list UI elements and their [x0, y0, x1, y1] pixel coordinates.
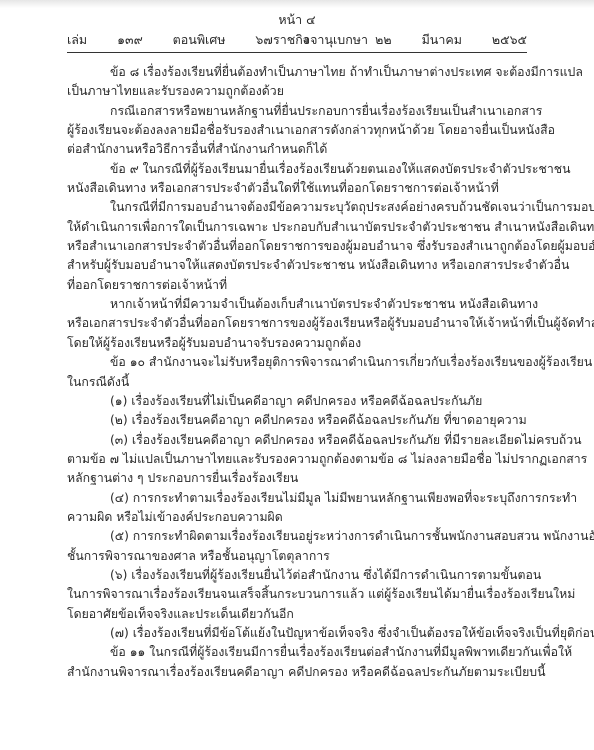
text-line: ตามข้อ ๗ ไม่แปลเป็นภาษาไทยและรับรองความถ… [67, 450, 527, 469]
page-number-label: หน้า ๔ [278, 11, 315, 29]
text-line: หรือเอกสารประจำตัวอื่นที่ออกโดยราชการของ… [67, 314, 527, 333]
text-line: โดยให้ผู้ร้องเรียนหรือผู้รับมอบอำนาจรับร… [67, 334, 527, 353]
text-line: ข้อ ๑๐ สำนักงานจะไม่รับหรือยุติการพิจารณ… [67, 353, 527, 372]
text-line: ในการพิจารณาเรื่องร้องเรียนจนเสร็จสิ้นกร… [67, 585, 527, 604]
text-line: (๑) เรื่องร้องเรียนที่ไม่เป็นคดีอาญา คดี… [67, 392, 527, 411]
text-line: ความผิด หรือไม่เข้าองค์ประกอบความผิด [67, 508, 527, 527]
text-line: (๖) เรื่องร้องเรียนที่ผู้ร้องเรียนยื่นไว… [67, 566, 527, 585]
viewer-top-shadow [0, 0, 594, 8]
gazette-name: ราชกิจจานุเบกษา [273, 31, 368, 49]
text-line: ข้อ ๘ เรื่องร้องเรียนที่ยื่นต้องทำเป็นภา… [67, 63, 527, 82]
text-line: หรือสำเนาเอกสารประจำตัวอื่นที่ออกโดยราชก… [67, 237, 527, 256]
text-line: ข้อ ๙ ในกรณีที่ผู้ร้องเรียนมายื่นเรื่องร… [67, 160, 527, 179]
text-line: ที่ออกโดยราชการต่อเจ้าหน้าที่ [67, 276, 527, 295]
text-line: หากเจ้าหน้าที่มีความจำเป็นต้องเก็บสำเนาบ… [67, 295, 527, 314]
publication-date: ๒๒ มีนาคม ๒๕๖๕ [375, 31, 527, 49]
text-line: สำนักงานพิจารณาเรื่องร้องเรียนคดีอาญา คด… [67, 663, 527, 682]
text-line: (๗) เรื่องร้องเรียนที่มีข้อโต้แย้งในปัญห… [67, 624, 527, 643]
text-line: ข้อ ๑๑ ในกรณีที่ผู้ร้องเรียนมีการยื่นเรื… [67, 643, 527, 662]
text-line: สำหรับผู้รับมอบอำนาจให้แสดงบัตรประจำตัวป… [67, 256, 527, 275]
text-line: ชั้นการพิจารณาของศาล หรือชั้นอนุญาโตตุลา… [67, 547, 527, 566]
text-line: ต่อสำนักงานหรือวิธีการอื่นที่สำนักงานกำห… [67, 140, 527, 159]
page-number: หน้า ๔ [0, 11, 594, 29]
document-body: ข้อ ๘ เรื่องร้องเรียนที่ยื่นต้องทำเป็นภา… [67, 63, 527, 682]
text-line: (๕) การกระทำผิดตามเรื่องร้องเรียนอยู่ระห… [67, 527, 527, 546]
text-line: ผู้ร้องเรียนจะต้องลงลายมือชื่อรับรองสำเน… [67, 121, 527, 140]
text-line: โดยอาศัยข้อเท็จจริงและประเด็นเดียวกันอีก [67, 605, 527, 624]
text-line: (๔) การกระทำตามเรื่องร้องเรียนไม่มีมูล ไ… [67, 489, 527, 508]
gazette-header: เล่ม ๑๓๙ ตอนพิเศษ ๖๗ ง ราชกิจจานุเบกษา ๒… [67, 31, 527, 49]
text-line: (๓) เรื่องร้องเรียนคดีอาญา คดีปกครอง หรื… [67, 431, 527, 450]
text-line: กรณีเอกสารหรือพยานหลักฐานที่ยื่นประกอบกา… [67, 102, 527, 121]
text-line: เป็นภาษาไทยและรับรองความถูกต้องด้วย [67, 82, 527, 101]
text-line: ให้ดำเนินการเพื่อการใดเป็นการเฉพาะ ประกอ… [67, 218, 527, 237]
text-line: ในกรณีที่มีการมอบอำนาจต้องมีข้อความระบุว… [67, 198, 527, 217]
header-divider [67, 52, 527, 53]
text-line: (๒) เรื่องร้องเรียนคดีอาญา คดีปกครอง หรื… [67, 411, 527, 430]
text-line: หนังสือเดินทาง หรือเอกสารประจำตัวอื่นใดท… [67, 179, 527, 198]
text-line: ในกรณีดังนี้ [67, 373, 527, 392]
text-line: หลักฐานต่าง ๆ ประกอบการยื่นเรื่องร้องเรี… [67, 469, 527, 488]
